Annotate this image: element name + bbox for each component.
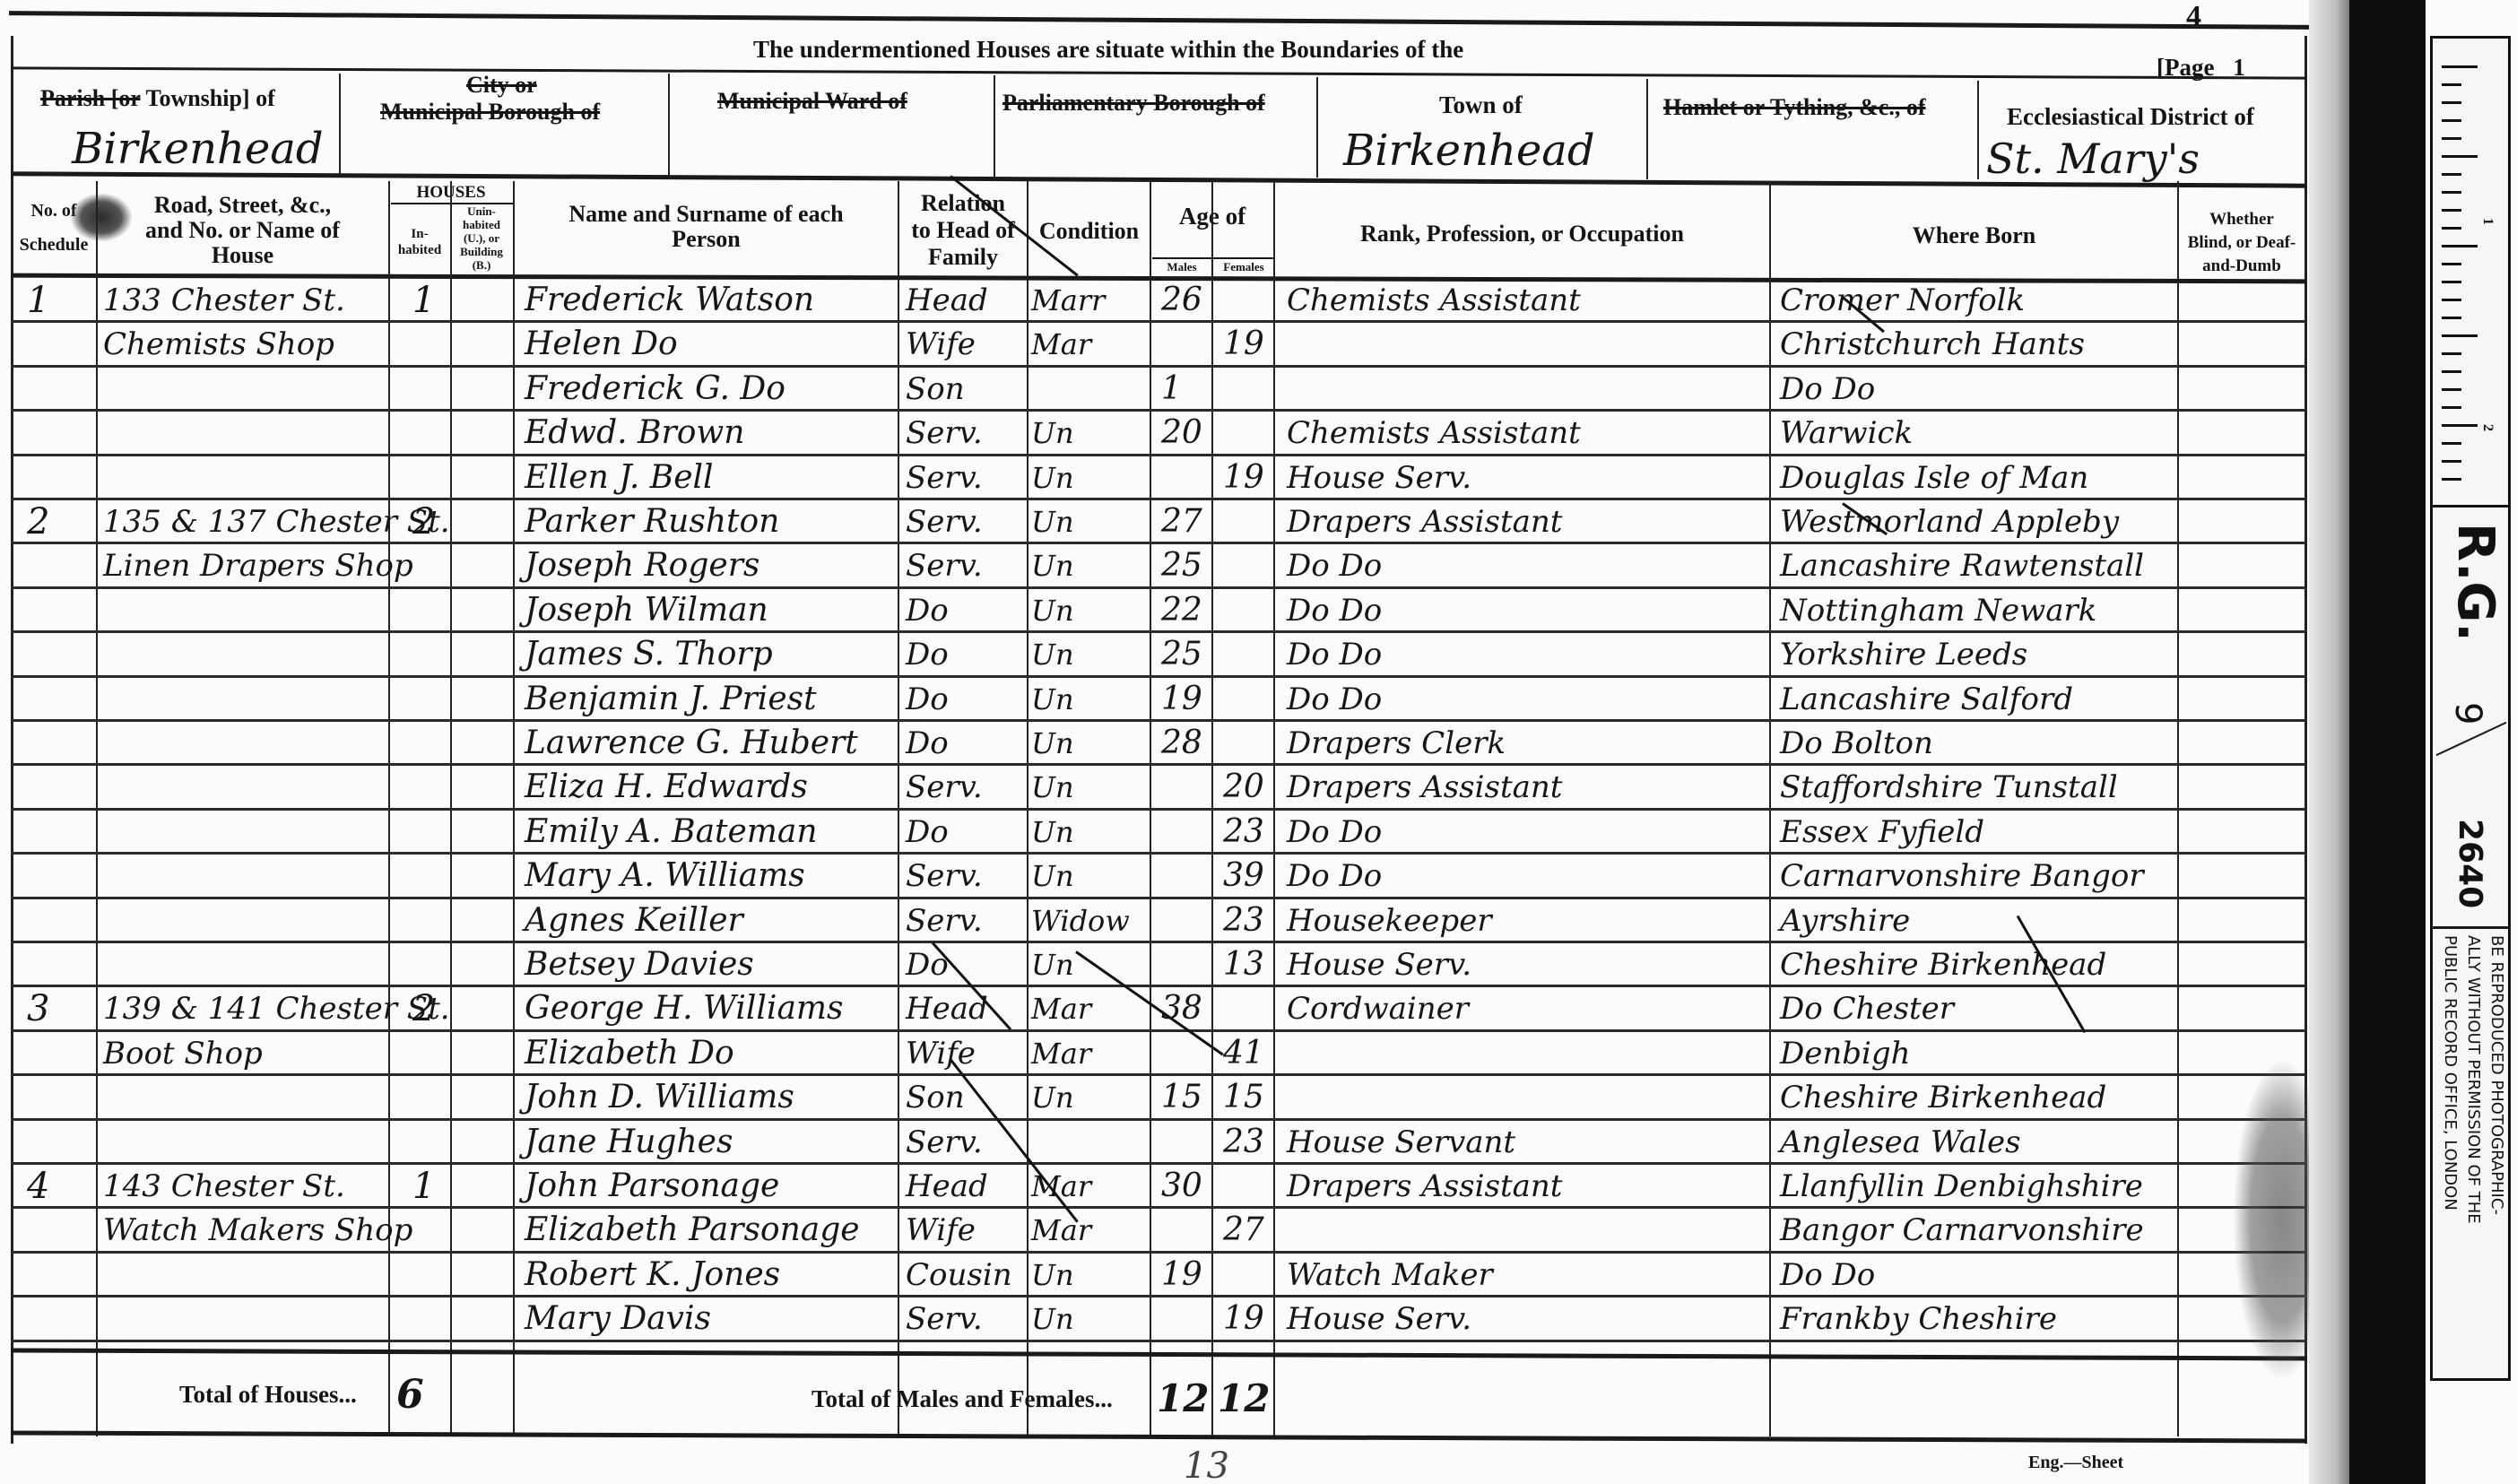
cell-born: Do Do [1780,1254,1875,1296]
row-rule [11,365,2306,368]
cell-inhabited: 2 [412,988,435,1029]
cell-occupation: Chemists Assistant [1287,412,1581,454]
cell-born: Lancashire Rawtenstall [1780,545,2144,586]
cell-occupation: Do Do [1287,679,1382,720]
cell-age-m: 25 [1161,634,1202,675]
cell-name: Ellen J. Bell [525,457,714,499]
ruler-tick [2442,155,2478,158]
cell-age-f: 23 [1223,900,1264,942]
cell-age-f: 39 [1223,855,1264,897]
cell-condition: Un [1031,590,1074,631]
row-rule [11,808,2306,811]
cell-born: Cheshire Birkenhead [1780,944,2106,985]
cell-age-f: 41 [1223,1033,1264,1074]
cell-condition: Widow [1031,900,1130,942]
row-rule [11,719,2306,722]
cell-relation: Son [906,1077,965,1118]
cell-age-m: 26 [1161,280,1202,321]
cell-address: Chemists Shop [103,324,334,365]
notice-line1: BE REPRODUCED PHOTOGRAPHIC- [2487,935,2506,1215]
header-address-l3: House [97,243,388,268]
header-relation-l3: Family [899,244,1027,271]
parliamentary-label: Parliamentary Borough of [1002,90,1265,117]
ruler-tick [2442,388,2461,391]
row-rule [11,1162,2306,1165]
cell-name: Robert K. Jones [525,1254,780,1296]
cell-name: James S. Thorp [525,634,773,675]
cell-relation: Serv. [906,545,983,586]
ruler-tick [2442,317,2461,319]
cell-relation: Do [906,944,949,985]
ruler-mark-2: 2 [2479,424,2495,431]
cell-condition: Un [1031,679,1074,720]
cell-age-f: 15 [1223,1077,1264,1118]
total-females-value: 12 [1218,1376,1270,1420]
cell-relation: Serv. [906,900,983,942]
page-heading: The undermentioned Houses are situate wi… [753,36,1463,64]
cell-age-m: 19 [1161,679,1202,720]
cell-condition: Un [1031,767,1074,808]
header-relation-l1: Relation [899,190,1027,217]
ref-slash [2436,722,2507,756]
cell-occupation: House Serv. [1287,1298,1471,1340]
cell-schedule: 1 [27,280,49,321]
cell-relation: Wife [906,1210,976,1251]
cell-born: Christchurch Hants [1780,324,2085,365]
header-name: Name and Surname of each Person [515,202,898,252]
row-rule [11,454,2306,456]
cell-born: Lancashire Salford [1780,679,2073,720]
row-rule [11,1029,2306,1032]
row-rule [11,1118,2306,1121]
header-address: Road, Street, &c., and No. or Name of Ho… [97,193,388,268]
cell-condition: Mar [1031,1210,1091,1251]
header-condition: Condition [1028,220,1150,243]
header-address-l2: and No. or Name of [97,218,388,243]
cell-name: John D. Williams [525,1077,794,1118]
header-occupation: Rank, Profession, or Occupation [1275,222,1769,246]
row-rule [11,763,2306,766]
heading-rule [11,66,2306,79]
ruler-tick [2442,209,2461,212]
cell-condition: Mar [1031,324,1091,365]
cell-relation: Serv. [906,1298,983,1340]
total-houses-value: 6 [396,1372,424,1418]
cell-age-m: 30 [1161,1166,1202,1207]
row-rule [11,1251,2306,1254]
cell-name: Frederick G. Do [525,369,785,410]
cell-condition: Un [1031,723,1074,764]
total-males-value: 12 [1157,1376,1209,1420]
cell-name: Benjamin J. Priest [525,679,817,720]
cell-occupation: Drapers Assistant [1287,1166,1562,1207]
corner-folio-number: 4 [2186,0,2201,34]
cell-relation: Do [906,679,949,720]
district-divider [1977,81,1979,179]
cell-condition: Un [1031,634,1074,675]
cell-age-f: 20 [1223,767,1264,808]
binding-gutter [2349,0,2426,1484]
cell-born: Staffordshire Tunstall [1780,767,2118,808]
header-infirmity: Whether Blind, or Deaf- and-Dumb [2179,208,2304,278]
cell-schedule: 3 [27,988,49,1029]
ruler-tick [2442,173,2461,176]
city-label-line2: Municipal Borough of [380,99,600,126]
cell-occupation: Drapers Clerk [1287,723,1506,764]
header-males: Males [1152,260,1211,274]
ruler-mark-1: 1 [2479,218,2495,225]
cell-condition: Un [1031,545,1074,586]
hamlet-label: Hamlet or Tything, &c., of [1663,94,1925,121]
cell-born: Cheshire Birkenhead [1780,1077,2106,1118]
cell-born: Douglas Isle of Man [1780,457,2088,499]
age-subrule [1152,257,1274,259]
cell-name: Lawrence G. Hubert [525,723,858,764]
cell-address: 135 & 137 Chester St. [103,501,390,542]
cell-age-f: 19 [1223,457,1264,499]
header-inhabited: In-habited [391,226,448,258]
cell-relation: Do [906,811,949,853]
cell-occupation: House Serv. [1287,457,1471,499]
cell-occupation: Do Do [1287,634,1382,675]
notice-line2: ALLY WITHOUT PERMISSION OF THE [2464,935,2483,1224]
cell-age-m: 19 [1161,1254,1202,1296]
district-divider [1646,79,1648,179]
row-rule [11,1073,2306,1076]
town-value: Birkenhead [1343,126,1595,176]
ward-label: Municipal Ward of [717,88,907,115]
cell-relation: Head [906,280,988,321]
cell-occupation: Cordwainer [1287,988,1469,1029]
town-label: Town of [1439,91,1523,119]
sheet-footer: Eng.—Sheet [2028,1453,2123,1473]
cell-age-m: 15 [1161,1077,1202,1118]
cell-name: George H. Williams [525,988,844,1029]
page-edge-shadow [2309,0,2354,1484]
cell-born: Cromer Norfolk [1780,280,2025,321]
cell-born: Yorkshire Leeds [1780,634,2027,675]
cell-born: Anglesea Wales [1780,1122,2021,1163]
district-divider [339,74,341,177]
cell-born: Do Bolton [1780,723,1933,764]
cell-address: Boot Shop [103,1033,263,1074]
header-where-born: Where Born [1771,224,2177,247]
cell-age-m: 22 [1161,590,1202,631]
row-rule [11,675,2306,678]
cell-relation: Serv. [906,1122,983,1163]
cell-born: Do Do [1780,369,1875,410]
cell-address: Linen Drapers Shop [103,545,390,586]
cell-occupation: House Serv. [1287,944,1471,985]
cell-born: Do Chester [1780,988,1954,1029]
district-rule [11,171,2306,187]
top-rule [9,11,2309,30]
row-rule [11,630,2306,633]
ref-notice-rule [2433,926,2510,929]
cell-condition: Mar [1031,988,1091,1029]
cell-occupation: Watch Maker [1287,1254,1493,1296]
district-divider [668,74,670,177]
ruler-tick [2442,334,2478,337]
cell-relation: Serv. [906,767,983,808]
cell-condition: Un [1031,1298,1074,1340]
archive-reference-label: 1 2 R.G. 9 2640 BE REPRODUCED PHOTOGRAPH… [2430,36,2511,1381]
ref-piece: 9 [2447,702,2488,725]
cell-name: Agnes Keiller [525,900,743,942]
cell-occupation: Drapers Assistant [1287,501,1562,542]
ruler-tick [2442,460,2461,463]
row-rule [11,320,2306,323]
cell-address: 133 Chester St. [103,280,345,321]
uninhab-l4: Building [451,245,512,258]
ruler-tick [2442,442,2461,445]
row-rule [11,1295,2306,1297]
row-rule [11,985,2306,987]
cell-relation: Do [906,723,949,764]
header-name-l2: Person [515,227,898,252]
cell-relation: Cousin [906,1254,1012,1296]
cell-born: Carnarvonshire Bangor [1780,855,2144,897]
cell-inhabited: 2 [412,501,435,542]
ref-folio: 2640 [2452,819,2488,908]
cell-inhabited: 1 [412,280,435,321]
cell-occupation: Do Do [1287,545,1382,586]
cell-born: Denbigh [1780,1033,1911,1074]
cell-born: Essex Fyfield [1780,811,1984,853]
cell-relation: Serv. [906,412,983,454]
header-infirmity-l3: and-Dumb [2179,255,2304,278]
header-uninhabited: Unin- habited (U.), or Building (B.) [451,204,512,272]
row-rule [11,409,2306,412]
cell-born: Westmorland Appleby [1780,501,2119,542]
cell-name: Joseph Rogers [525,545,759,586]
cell-occupation: Housekeeper [1287,900,1492,942]
cell-condition: Un [1031,1254,1074,1296]
ecclesiastical-label: Ecclesiastical District of [2007,103,2254,131]
uninhab-l5: (B.) [451,258,512,272]
cell-name: Emily A. Bateman [525,811,818,853]
cell-name: Betsey Davies [525,944,754,985]
cell-occupation: Do Do [1287,811,1382,853]
row-rule [11,897,2306,899]
cell-name: Joseph Wilman [525,590,768,631]
cell-born: Bangor Carnarvonshire [1780,1210,2144,1251]
cell-name: Jane Hughes [525,1122,733,1163]
cell-born: Llanfyllin Denbighshire [1780,1166,2143,1207]
cell-name: Edwd. Brown [525,412,744,454]
ruler-tick [2442,370,2461,373]
row-rule [11,586,2306,589]
header-females: Females [1213,260,1274,274]
cell-schedule: 2 [27,501,49,542]
scale-ruler [2433,39,2508,508]
cell-relation: Serv. [906,855,983,897]
cell-name: Eliza H. Edwards [525,767,808,808]
ruler-tick [2442,406,2461,409]
ref-series: R.G. [2446,523,2504,642]
row-rule [11,1206,2306,1209]
header-infirmity-l1: Whether [2179,208,2304,231]
cell-name: Helen Do [525,324,678,365]
cell-name: Elizabeth Do [525,1033,734,1074]
ruler-tick [2442,191,2461,194]
cell-born: Frankby Cheshire [1780,1298,2057,1340]
ruler-tick [2442,101,2461,104]
cell-relation: Head [906,1166,988,1207]
row-rule [11,852,2306,855]
ruler-tick [2442,119,2461,122]
row-rule [11,1340,2306,1342]
cell-age-m: 27 [1161,501,1202,542]
row-rule [11,941,2306,943]
cell-relation: Wife [906,1033,976,1074]
cell-relation: Head [906,988,988,1029]
cell-address: 143 Chester St. [103,1166,345,1207]
header-address-l1: Road, Street, &c., [97,193,388,218]
uninhab-l3: (U.), or [451,231,512,245]
cell-occupation: Do Do [1287,855,1382,897]
cell-age-f: 27 [1223,1210,1264,1251]
ruler-tick [2442,281,2461,283]
cell-age-m: 1 [1161,369,1182,410]
cell-relation: Serv. [906,457,983,499]
cell-born: Nottingham Newark [1780,590,2096,631]
cell-occupation: House Servant [1287,1122,1515,1163]
district-divider [994,75,995,177]
cell-age-m: 20 [1161,412,1202,454]
cell-name: John Parsonage [525,1166,779,1207]
uninhab-l2: habited [451,218,512,231]
cell-condition: Un [1031,855,1074,897]
ruler-tick [2442,137,2461,140]
cell-condition: Mar [1031,1033,1091,1074]
ruler-tick [2442,263,2461,265]
parish-struck: Parish [or [40,85,140,111]
cell-condition: Un [1031,501,1074,542]
totals-top-rule [11,1349,2306,1361]
cell-inhabited: 1 [412,1166,435,1207]
district-divider [1316,77,1318,178]
cell-condition: Un [1031,457,1074,499]
cell-relation: Son [906,369,965,410]
below-note: 13 [1184,1445,1229,1484]
ecclesiastical-value: St. Mary's [1986,135,2200,183]
notice-line3: PUBLIC RECORD OFFICE, LONDON [2441,935,2460,1211]
cell-age-m: 25 [1161,545,1202,586]
cell-name: Mary A. Williams [525,855,805,897]
cell-age-f: 19 [1223,324,1264,365]
cell-age-f: 23 [1223,811,1264,853]
total-persons-label: Total of Males and Females... [812,1385,1113,1413]
cell-relation: Do [906,634,949,675]
cell-condition: Un [1031,412,1074,454]
cell-schedule: 4 [27,1166,49,1207]
row-rule [11,498,2306,500]
cell-name: Mary Davis [525,1298,711,1340]
cell-condition: Marr [1031,280,1105,321]
cell-born: Ayrshire [1780,900,1910,942]
ruler-tick [2442,227,2461,230]
cell-age-f: 23 [1223,1122,1264,1163]
uninhab-l1: Unin- [451,204,512,218]
ruler-tick [2442,478,2461,481]
header-name-l1: Name and Surname of each [515,202,898,227]
header-relation: Relation to Head of Family [899,190,1027,271]
cell-occupation: Do Do [1287,590,1382,631]
ruler-tick [2442,65,2478,68]
ruler-tick [2442,352,2461,355]
cell-relation: Serv. [906,501,983,542]
cell-relation: Wife [906,324,976,365]
totals-bottom-rule [11,1431,2306,1444]
cell-age-f: 13 [1223,944,1264,985]
cell-age-f: 19 [1223,1298,1264,1340]
ruler-tick [2442,245,2478,247]
cell-condition: Un [1031,944,1074,985]
cell-name: Frederick Watson [525,280,814,321]
cell-age-m: 28 [1161,723,1202,764]
ruler-tick [2442,83,2461,86]
cell-address: Watch Makers Shop [103,1210,390,1251]
cell-address: 139 & 141 Chester St. [103,988,390,1029]
ruler-tick [2442,424,2478,427]
cell-name: Elizabeth Parsonage [525,1210,860,1251]
cell-name: Parker Rushton [525,501,779,542]
cell-occupation: Drapers Assistant [1287,767,1562,808]
parish-label: Parish [or Township] of [40,85,275,112]
cell-relation: Do [906,590,949,631]
cell-born: Warwick [1780,412,1913,454]
city-label-line1: City or [466,72,537,99]
cell-condition: Un [1031,1077,1074,1118]
row-rule [11,542,2306,544]
total-houses-label: Total of Houses... [179,1381,357,1409]
parish-value: Birkenhead [72,124,324,174]
ruler-tick [2442,299,2461,301]
header-infirmity-l2: Blind, or Deaf- [2179,231,2304,255]
cell-condition: Un [1031,811,1074,853]
cell-occupation: Chemists Assistant [1287,280,1581,321]
